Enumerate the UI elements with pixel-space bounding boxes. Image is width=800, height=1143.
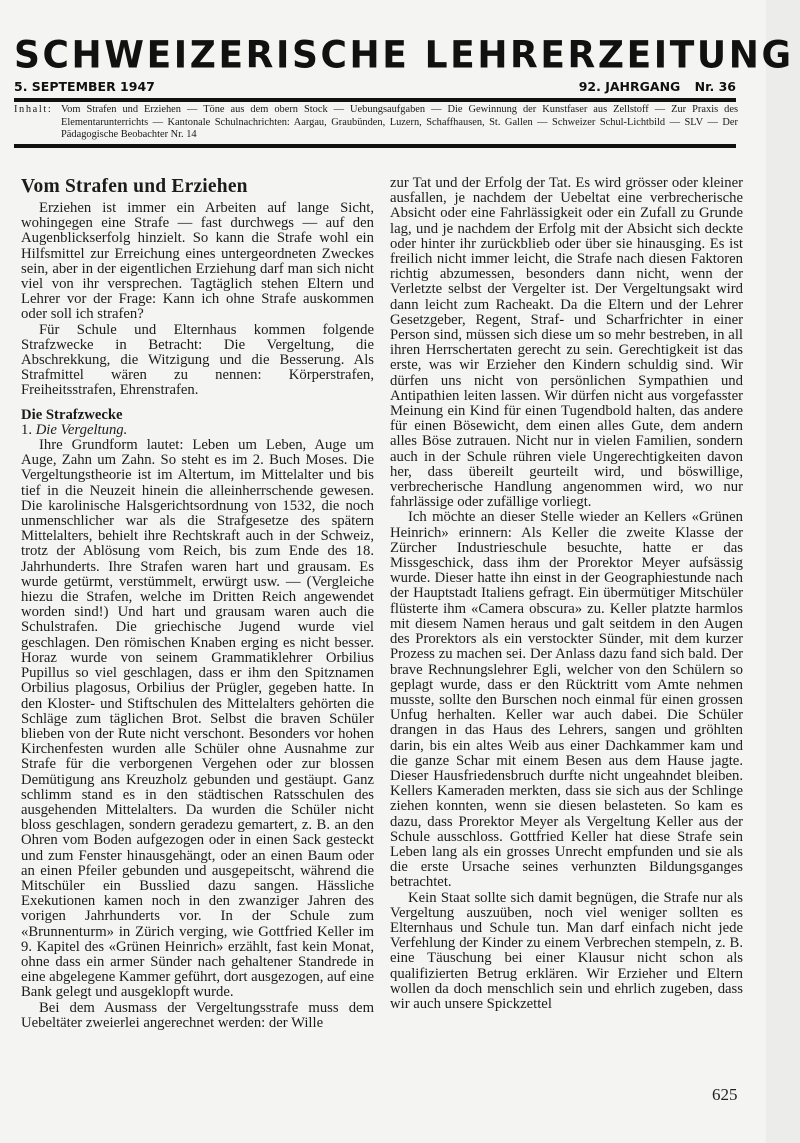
subsection-number: 1. — [21, 422, 32, 438]
paragraph: Kein Staat sollte sich damit begnügen, d… — [390, 891, 743, 1013]
issue-date: 5. SEPTEMBER 1947 — [14, 79, 155, 94]
issue-info: 92. JAHRGANG Nr. 36 — [569, 79, 736, 94]
subsection-title: Die Vergeltung. — [36, 422, 128, 438]
contents-label: Inhalt: — [14, 104, 61, 142]
contents-text: Vom Strafen und Erziehen — Töne aus dem … — [61, 104, 738, 142]
subsection-heading: 1. Die Vergeltung. — [21, 423, 374, 438]
paragraph: Für Schule und Elternhaus kommen folgend… — [21, 323, 374, 399]
top-rule — [14, 98, 736, 102]
masthead-title: SCHWEIZERISCHE LEHRERZEITUNG — [14, 35, 734, 77]
right-column: zur Tat und der Erfolg der Tat. Es wird … — [390, 176, 743, 1012]
paragraph: Erziehen ist immer ein Arbeiten auf lang… — [21, 201, 374, 323]
newspaper-page: SCHWEIZERISCHE LEHRERZEITUNG 5. SEPTEMBE… — [0, 0, 800, 1143]
page-number: 625 — [712, 1085, 738, 1105]
page-edge — [766, 0, 800, 1143]
volume: 92. JAHRGANG — [579, 79, 681, 94]
section-heading: Die Strafzwecke — [21, 408, 374, 423]
paragraph: Ihre Grundform lautet: Leben um Leben, A… — [21, 438, 374, 1001]
issue-number: Nr. 36 — [695, 79, 736, 94]
bottom-rule — [14, 144, 736, 148]
paragraph: Bei dem Ausmass der Vergeltungsstrafe mu… — [21, 1001, 374, 1031]
paragraph: zur Tat und der Erfolg der Tat. Es wird … — [390, 176, 743, 510]
article-title: Vom Strafen und Erziehen — [21, 176, 374, 198]
paragraph: Ich möchte an dieser Stelle wieder an Ke… — [390, 510, 743, 890]
dateline: 5. SEPTEMBER 1947 92. JAHRGANG Nr. 36 — [14, 77, 736, 95]
table-of-contents: Inhalt: Vom Strafen und Erziehen — Töne … — [14, 104, 738, 142]
left-column: Vom Strafen und Erziehen Erziehen ist im… — [21, 176, 374, 1031]
